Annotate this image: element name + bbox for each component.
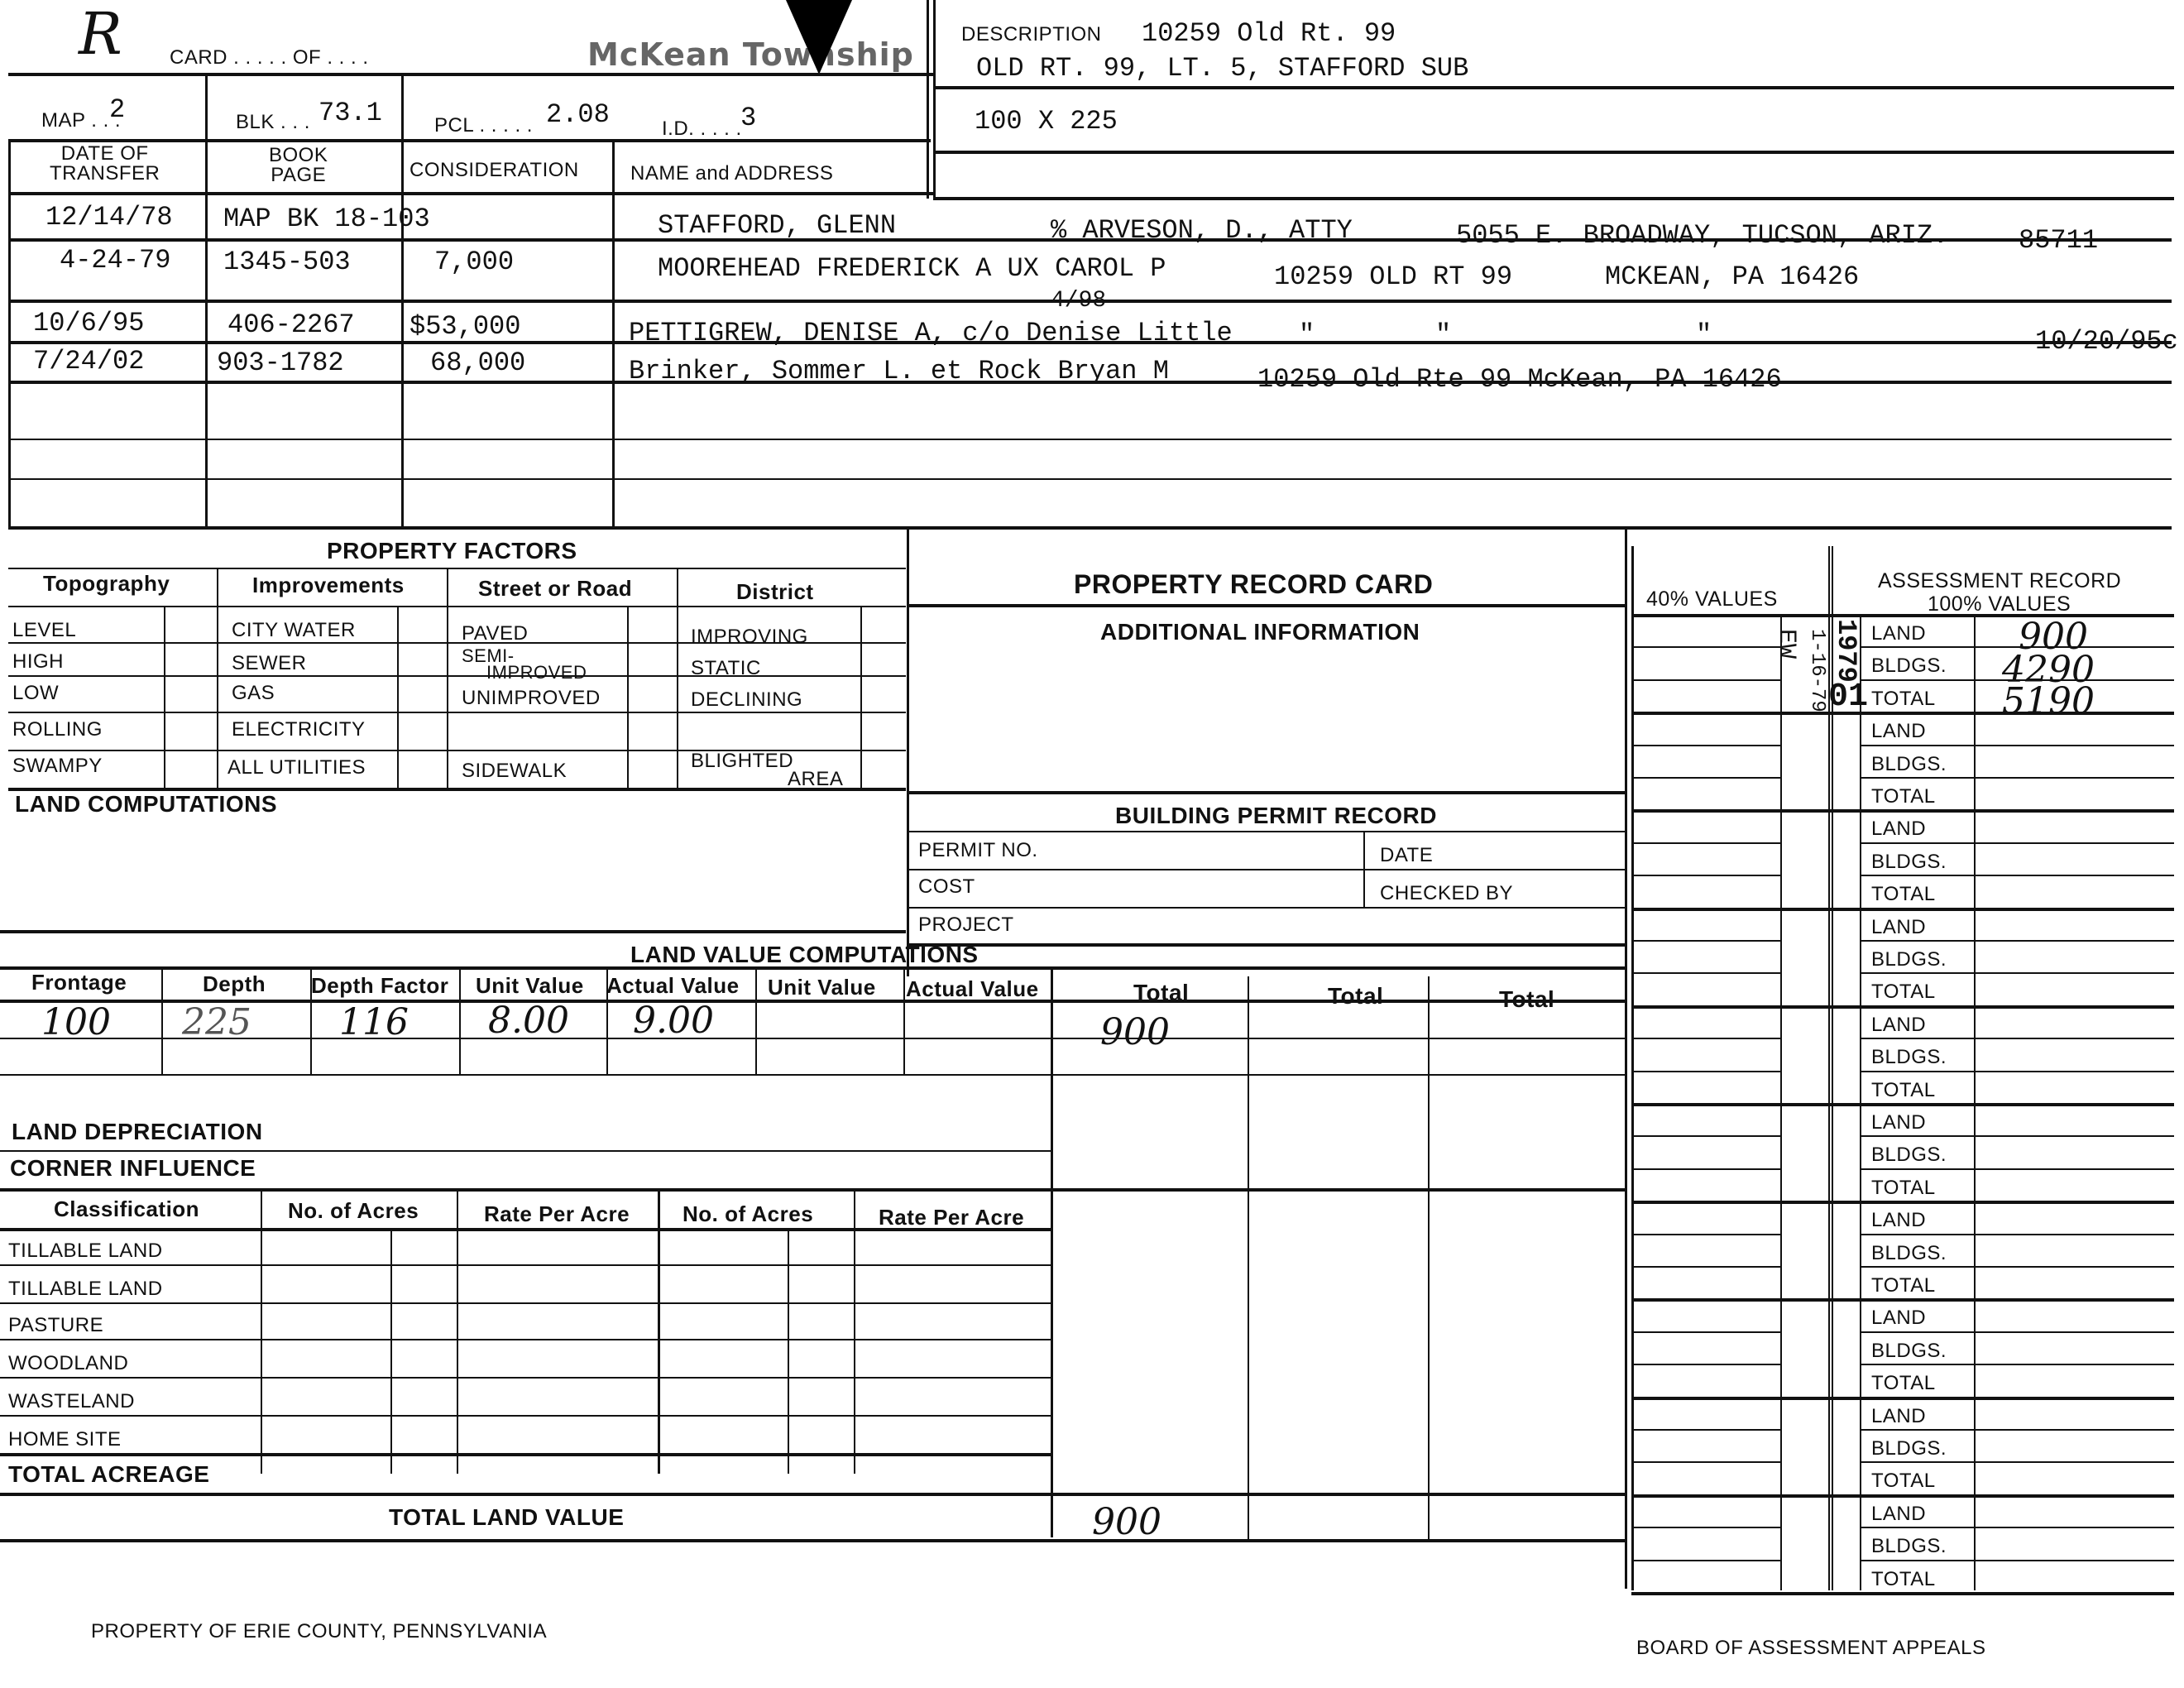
assessment-row-label: BLDGS. (1871, 753, 1947, 776)
divider (1631, 1201, 2174, 1204)
district-blighted: BLIGHTED (691, 750, 793, 773)
divider (1631, 1560, 1780, 1561)
col-consideration-header: CONSIDERATION (409, 159, 579, 182)
transfer-book-page: 903-1782 (217, 348, 344, 378)
divider (1631, 1592, 2174, 1595)
lv-col-total-2: Total (1328, 983, 1383, 1009)
divider (1631, 1038, 1780, 1039)
assessment-row-label: BLDGS. (1871, 948, 1947, 971)
assessment-row-label: TOTAL (1871, 1470, 1936, 1493)
divider (1631, 972, 1780, 974)
col-book-header: BOOKPAGE (269, 146, 328, 185)
assessment-title-l1: ASSESSMENT RECORD (1878, 569, 2121, 593)
assessment-row-label: LAND (1871, 1503, 1926, 1526)
divider (1631, 1005, 2174, 1009)
project-label: PROJECT (918, 914, 1014, 937)
divider (1631, 1234, 1780, 1235)
total-land-value-amount: 900 (1092, 1501, 1161, 1543)
divider (1631, 1168, 1780, 1170)
divider (1631, 646, 1780, 648)
assessment-row-label: LAND (1871, 1014, 1926, 1037)
topo-level: LEVEL (12, 619, 76, 642)
lv-col-unit-value-2: Unit Value (768, 975, 876, 1000)
divider (1860, 1331, 2174, 1333)
assessment-row-label: BLDGS. (1871, 1437, 1947, 1460)
assessment-row-label: TOTAL (1871, 883, 1936, 906)
divider (1631, 908, 2174, 911)
cls-col-rate-2: Rate Per Acre (879, 1205, 1024, 1230)
id-value: 3 (740, 103, 756, 133)
divider (1631, 1298, 2174, 1302)
assessment-row-label: TOTAL (1871, 1372, 1936, 1395)
divider (1631, 1071, 1780, 1072)
assessment-row-label: LAND (1871, 1307, 1926, 1330)
assessment-row-label: BLDGS. (1871, 1144, 1947, 1167)
cls-col-acres-2: No. of Acres (682, 1201, 813, 1227)
cls-row-label: TILLABLE LAND (8, 1278, 163, 1301)
description-label: DESCRIPTION (961, 23, 1102, 46)
assessment-row-label: TOTAL (1871, 1079, 1936, 1102)
additional-info-title: ADDITIONAL INFORMATION (1100, 619, 1420, 645)
impr-all-utilities: ALL UTILITIES (227, 756, 366, 779)
lv-actual-value: 9.00 (633, 1000, 714, 1042)
transfer-address: 5055 E. BROADWAY, TUCSON, ARIZ. (1456, 220, 1948, 251)
divider (1631, 1266, 1780, 1268)
divider (1631, 1135, 1780, 1137)
ditto-mark: " (1435, 319, 1451, 350)
divider (1631, 1364, 1780, 1365)
impr-city-water: CITY WATER (232, 619, 356, 642)
ditto-mark: " (1696, 319, 1712, 350)
district-improving: IMPROVING (691, 626, 808, 649)
cls-row-label: HOME SITE (8, 1428, 122, 1451)
ditto-mark: " (1299, 319, 1315, 350)
footer-right: BOARD OF ASSESSMENT APPEALS (1636, 1637, 1986, 1660)
divider (1860, 777, 2174, 779)
assessment-row-label: TOTAL (1871, 981, 1936, 1004)
description-line2: OLD RT. 99, LT. 5, STAFFORD SUB (976, 53, 1468, 84)
assessment-row-label: TOTAL (1871, 1568, 1936, 1591)
divider (1860, 1234, 2174, 1235)
assessment-row-label: BLDGS. (1871, 1046, 1947, 1069)
district-header: District (736, 579, 814, 605)
transfer-consideration: $53,000 (409, 311, 520, 342)
street-sidewalk: SIDEWALK (462, 760, 567, 783)
district-declining: DECLINING (691, 688, 802, 712)
blk-label: BLK . . . (236, 111, 310, 134)
corner-influence-label: CORNER INFLUENCE (10, 1155, 256, 1182)
transfer-book-page: 1345-503 (223, 247, 351, 277)
stamp-date: 1-16-79 (1806, 629, 1828, 712)
divider (1631, 777, 1780, 779)
topo-swampy: SWAMPY (12, 755, 103, 778)
blk-value: 73.1 (318, 98, 382, 128)
assessment-row-label: LAND (1871, 1405, 1926, 1428)
transfer-name: STAFFORD, GLENN (658, 210, 896, 241)
transfer-name: MOOREHEAD FREDERICK A UX CAROL P (658, 253, 1166, 284)
divider (1631, 1331, 1780, 1333)
divider (1860, 842, 2174, 844)
assessment-row-label: TOTAL (1871, 1274, 1936, 1297)
lv-col-actual-value: Actual Value (606, 973, 740, 999)
divider (1631, 1461, 1780, 1463)
transfer-date: 7/24/02 (33, 346, 144, 376)
property-factors-title: PROPERTY FACTORS (327, 538, 577, 564)
street-unimproved: UNIMPROVED (462, 687, 601, 710)
lv-col-depth-factor: Depth Factor (311, 973, 448, 999)
id-label: I.D. . . . . (662, 117, 742, 141)
stamp-initials: EW (1772, 629, 1800, 659)
lv-col-frontage: Frontage (31, 970, 127, 995)
assessment-row-label: LAND (1871, 818, 1926, 841)
divider (1860, 1135, 2174, 1137)
assessment-row-label: BLDGS. (1871, 1535, 1947, 1558)
street-improved: IMPROVED (486, 662, 587, 683)
lv-total: 900 (1100, 1011, 1170, 1053)
divider (1631, 842, 1780, 844)
transfer-book-page: 406-2267 (227, 309, 355, 340)
assess-total-value: 5190 (2002, 680, 2095, 722)
divider (1860, 1266, 2174, 1268)
divider (1860, 1429, 2174, 1431)
pcl-value: 2.08 (546, 99, 610, 130)
transfer-note-above: 4/98 (1051, 288, 1106, 314)
lv-col-unit-value: Unit Value (476, 973, 584, 999)
assessment-row-label: TOTAL (1871, 688, 1936, 711)
assessment-row-label: LAND (1871, 622, 1926, 645)
divider (1860, 1364, 2174, 1365)
divider (1860, 1527, 2174, 1528)
divider (1631, 1494, 2174, 1498)
assessment-row-label: BLDGS. (1871, 1242, 1947, 1265)
divider (1860, 1071, 2174, 1072)
divider (1631, 1429, 1780, 1431)
divider (1860, 972, 2174, 974)
transfer-address: 10259 OLD RT 99 (1274, 261, 1512, 292)
divider (1860, 1461, 2174, 1463)
divider (1631, 679, 1780, 681)
transfer-city: MCKEAN, PA 16426 (1605, 261, 1859, 292)
cls-row-label: WASTELAND (8, 1390, 135, 1413)
values-40-title: 40% VALUES (1646, 587, 1778, 611)
transfer-date: 10/6/95 (33, 308, 144, 338)
description-line1: 10259 Old Rt. 99 (1142, 18, 1396, 49)
divider (1631, 809, 2174, 813)
divider (1631, 1103, 2174, 1106)
assessment-row-label: TOTAL (1871, 1177, 1936, 1200)
stamp-year: 1979 (1831, 619, 1861, 683)
township-stamp: McKean Township (587, 36, 914, 73)
cls-col-rate-1: Rate Per Acre (484, 1201, 630, 1227)
cls-col-acres-1: No. of Acres (288, 1198, 419, 1224)
divider (1860, 745, 2174, 746)
land-value-title: LAND VALUE COMPUTATIONS (630, 942, 979, 968)
impr-sewer: SEWER (232, 652, 307, 675)
total-acreage-label: TOTAL ACREAGE (8, 1461, 209, 1488)
cls-col-classification: Classification (54, 1196, 199, 1222)
lv-unit-value: 8.00 (488, 1000, 569, 1042)
divider (1860, 940, 2174, 942)
assessment-row-label: LAND (1871, 1209, 1926, 1232)
card-label: CARD . . . . . OF . . . . (170, 46, 369, 70)
ink-blot (786, 0, 852, 74)
land-depreciation-label: LAND DEPRECIATION (12, 1119, 263, 1145)
col-date-header: DATE OFTRANSFER (50, 144, 160, 184)
checked-by-label: CHECKED BY (1380, 882, 1513, 905)
improvements-header: Improvements (252, 573, 405, 598)
footer-left: PROPERTY OF ERIE COUNTY, PENNSYLVANIA (91, 1620, 547, 1643)
assessment-row-label: LAND (1871, 720, 1926, 743)
lv-col-depth: Depth (203, 971, 266, 997)
topography-header: Topography (43, 571, 170, 597)
assessment-row-label: LAND (1871, 916, 1926, 939)
assessment-row-label: BLDGS. (1871, 655, 1947, 678)
topo-low: LOW (12, 682, 59, 705)
impr-gas: GAS (232, 682, 275, 705)
transfer-book-page: MAP BK 18-103 (223, 204, 430, 234)
total-land-value-label: TOTAL LAND VALUE (389, 1504, 624, 1531)
stamp-code: 01 (1828, 679, 1868, 716)
transfer-date: 4-24-79 (60, 245, 170, 276)
lot-dimensions: 100 X 225 (975, 106, 1118, 137)
divider (1860, 1168, 2174, 1170)
card-mark: R (79, 0, 122, 68)
transfer-date: 12/14/78 (45, 202, 173, 233)
assessment-row-label: TOTAL (1871, 785, 1936, 808)
divider (1860, 875, 2174, 876)
street-header: Street or Road (478, 576, 632, 602)
topo-rolling: ROLLING (12, 718, 103, 741)
map-value: 2 (109, 94, 125, 125)
divider (1860, 1560, 2174, 1561)
divider (1631, 1397, 2174, 1400)
cost-label: COST (918, 875, 975, 899)
cls-row-label: WOODLAND (8, 1352, 128, 1375)
pcl-label: PCL . . . . . (434, 114, 533, 137)
divider (1631, 745, 1780, 746)
building-permit-title: BUILDING PERMIT RECORD (1115, 803, 1437, 829)
assessment-row-label: LAND (1871, 1111, 1926, 1134)
land-computations-title: LAND COMPUTATIONS (15, 791, 277, 818)
col-name-header: NAME and ADDRESS (630, 162, 833, 185)
transfer-consideration: 7,000 (434, 247, 514, 277)
assessment-row-label: BLDGS. (1871, 851, 1947, 874)
cls-row-label: TILLABLE LAND (8, 1240, 163, 1263)
transfer-address: 10259 Old Rte 99 McKean, PA 16426 (1257, 364, 1782, 395)
assessment-row-label: BLDGS. (1871, 1340, 1947, 1363)
record-card-title: PROPERTY RECORD CARD (1074, 569, 1433, 600)
lv-col-actual-value-2: Actual Value (906, 976, 1039, 1002)
assessment-title-l2: 100% VALUES (1928, 592, 2071, 616)
divider (1860, 1038, 2174, 1039)
impr-electricity: ELECTRICITY (232, 718, 366, 741)
transfer-consideration: 68,000 (430, 348, 525, 378)
cls-row-label: PASTURE (8, 1314, 103, 1337)
permit-no-label: PERMIT NO. (918, 839, 1038, 862)
topo-high: HIGH (12, 650, 64, 674)
divider (1631, 875, 1780, 876)
date-label: DATE (1380, 844, 1433, 867)
divider (1631, 1527, 1780, 1528)
divider (1631, 940, 1780, 942)
